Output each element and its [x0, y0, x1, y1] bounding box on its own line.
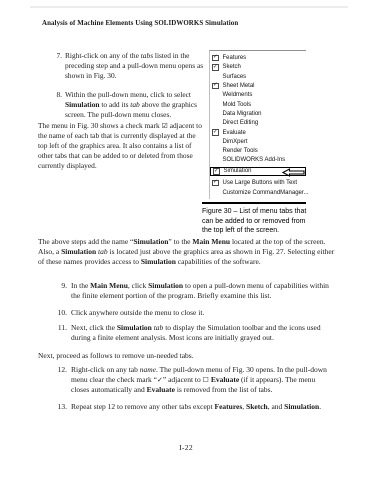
running-header: Analysis of Machine Elements Using SOLID… [42, 20, 238, 27]
text-run: is removed from the list of tabs. [175, 385, 272, 394]
text-run: Simulation [61, 247, 96, 256]
step-item-7: 7.Right-click on any of the tabs listed … [50, 51, 205, 81]
text-run: tabs [141, 51, 153, 60]
step-item-8: 8.Within the pull-down menu, click to se… [50, 90, 205, 120]
text-run: Simulation [133, 237, 168, 246]
text-run: Within the pull-down menu, click to sele… [65, 90, 191, 99]
menu-item-use-large-buttons-with-text: ✓Use Large Buttons with Text [210, 179, 306, 188]
step-item-10: 10.Click anywhere outside the menu to cl… [52, 308, 335, 318]
numbered-steps: 9.In the Main Menu, click Simulation to … [52, 281, 335, 350]
text-run: Simulation [117, 323, 152, 332]
text-run: Click anywhere outside the menu to close… [71, 308, 204, 317]
menu-item-customize-commandmanager: Customize CommandManager... [210, 188, 306, 197]
checkmark-icon: ✓ [213, 130, 218, 136]
checkbox-empty-space [212, 101, 219, 108]
checkbox-empty-space [212, 189, 219, 196]
text-run: Repeat step 12 to remove any other tabs … [71, 402, 215, 411]
menu-item-label: Mold Tools [223, 102, 252, 108]
step-number: 11. [52, 323, 71, 343]
checkbox-checked-icon: ✓ [212, 55, 219, 62]
caption-line: the top left of the screen. [202, 226, 308, 236]
body-paragraph-1: The above steps add the name “Simulation… [38, 237, 335, 267]
step-item-11: 11.Next, click the Simulation tab to dis… [52, 323, 335, 343]
checkmark-icon: ✓ [213, 83, 218, 89]
menu-item-label: Customize CommandManager... [223, 190, 309, 196]
body-paragraph-2: Next, proceed as follows to remove un-ne… [38, 351, 335, 361]
step-text: In the Main Menu, click Simulation to op… [71, 281, 335, 301]
text-run: Evaluate [147, 385, 175, 394]
text-run: ” to the [168, 237, 192, 246]
checkmark-icon: ✓ [213, 180, 218, 186]
text-run: , and [268, 402, 284, 411]
text-run: Features [215, 402, 243, 411]
menu-item-label: SOLIDWORKS Add-Ins [223, 157, 286, 163]
text-run: In the [71, 281, 90, 290]
caption-line: Figure 30 – List of menu tabs that [202, 207, 308, 217]
text-run: Main Menu [192, 237, 230, 246]
text-run: Next, click the [71, 323, 117, 332]
menu-item-label: Sheet Metal [223, 83, 255, 89]
menu-item-features: ✓Features [210, 54, 306, 63]
tab-context-menu: ✓Features✓SketchSurfaces✓Sheet MetalWeld… [209, 50, 306, 199]
text-run: Right-click on any tab [71, 365, 140, 374]
callout-arrow-icon [282, 168, 305, 177]
menu-item-label: Sketch [223, 64, 241, 70]
step-item-12: 12.Right-click on any tab name. The pull… [52, 365, 335, 395]
menu-item-label: Surfaces [223, 74, 247, 80]
text-run: Right-click on any of the [65, 51, 141, 60]
checkbox-empty-space [212, 157, 219, 164]
checkbox-empty-space [212, 92, 219, 99]
step-number: 8. [50, 90, 65, 120]
step-text: Right-click on any tab name. The pull-do… [71, 365, 335, 395]
menu-item-solidworks-add-ins: SOLIDWORKS Add-Ins [210, 156, 306, 165]
menu-item-label: Simulation [224, 168, 252, 174]
text-run: tab [98, 247, 108, 256]
checkbox-checked-icon: ✓ [212, 180, 219, 187]
menu-item-label: Render Tools [223, 148, 258, 154]
step-number: 13. [52, 402, 71, 412]
step-text: Click anywhere outside the menu to close… [71, 308, 335, 318]
checkbox-checked-icon: ✓ [212, 64, 219, 71]
left-instruction-steps: 7.Right-click on any of the tabs listed … [50, 51, 205, 129]
inline-symbol: ☐ [203, 376, 209, 384]
figure-caption: Figure 30 – List of menu tabs thatcan be… [202, 207, 308, 236]
checkbox-empty-space [212, 111, 219, 118]
text-run: capabilities of the software. [176, 257, 261, 266]
text-run: tab [154, 323, 164, 332]
step-text: Next, click the Simulation tab to displa… [71, 323, 335, 343]
menu-item-data-migration: Data Migration [210, 109, 306, 118]
caption-line: can be added to or removed from [202, 217, 308, 227]
figure-separator-line [202, 202, 306, 204]
text-run: . [319, 402, 321, 411]
menu-figure: ✓Features✓SketchSurfaces✓Sheet MetalWeld… [202, 50, 308, 236]
page-number: I-22 [38, 443, 334, 452]
text-run: to add its [100, 100, 131, 109]
menu-item-render-tools: Render Tools [210, 146, 306, 155]
text-run: Simulation [65, 100, 100, 109]
numbered-steps-2: 12.Right-click on any tab name. The pull… [52, 365, 335, 419]
checkmark-icon: ✓ [213, 55, 218, 61]
text-run: ” adjacent to [163, 375, 203, 384]
menu-item-label: Weldments [223, 92, 253, 98]
page-top-rule [30, 6, 348, 8]
text-run: Next, proceed as follows to remove un-ne… [38, 351, 194, 360]
checkbox-empty-space [212, 73, 219, 80]
menu-item-weldments: Weldments [210, 91, 306, 100]
menu-item-sheet-metal: ✓Sheet Metal [210, 81, 306, 90]
menu-item-evaluate: ✓Evaluate [210, 128, 306, 137]
checkbox-empty-space [212, 139, 219, 146]
step-item-9: 9.In the Main Menu, click Simulation to … [52, 281, 335, 301]
step-number: 12. [52, 365, 71, 395]
text-run: name [140, 365, 156, 374]
text-run: The above steps add the name “ [38, 237, 133, 246]
text-run: Simulation [141, 257, 176, 266]
menu-item-sketch: ✓Sketch [210, 63, 306, 72]
document-page: { "colors": {"background": "#ffffff", "t… [0, 0, 370, 480]
menu-item-direct-editing: Direct Editing [210, 119, 306, 128]
text-run: Evaluate [211, 375, 239, 384]
text-run: Sketch [246, 402, 268, 411]
checkbox-checked-icon: ✓ [212, 129, 219, 136]
menu-description-paragraph: The menu in Fig. 30 shows a check mark ☑… [38, 121, 206, 171]
text-run: The menu in Fig. 30 shows a check mark [38, 121, 162, 130]
checkbox-empty-space [212, 120, 219, 127]
menu-item-label: DimXpert [223, 139, 248, 145]
checkmark-icon: ✓ [213, 65, 218, 71]
menu-item-label: Direct Editing [223, 120, 259, 126]
menu-item-dimxpert: DimXpert [210, 137, 306, 146]
menu-item-surfaces: Surfaces [210, 72, 306, 81]
menu-item-label: Use Large Buttons with Text [223, 180, 298, 186]
text-run: Simulation [284, 402, 319, 411]
text-run: , click [128, 281, 148, 290]
menu-item-label: Data Migration [223, 111, 262, 117]
step-number: 7. [50, 51, 65, 81]
menu-item-simulation: ✓Simulation [210, 167, 306, 177]
checkbox-checked-icon: ✓ [213, 168, 220, 175]
text-run: Simulation [148, 281, 183, 290]
step-number: 10. [52, 308, 71, 318]
checkbox-checked-icon: ✓ [212, 83, 219, 90]
step-text: Right-click on any of the tabs listed in… [65, 51, 205, 81]
step-text: Repeat step 12 to remove any other tabs … [71, 402, 335, 412]
menu-item-label: Evaluate [223, 130, 246, 136]
text-run: tab [130, 100, 139, 109]
checkmark-icon: ✓ [214, 169, 219, 175]
step-item-13: 13.Repeat step 12 to remove any other ta… [52, 402, 335, 412]
checkbox-empty-space [212, 148, 219, 155]
step-text: Within the pull-down menu, click to sele… [65, 90, 205, 120]
text-run: Main Menu [90, 281, 128, 290]
menu-item-mold-tools: Mold Tools [210, 100, 306, 109]
step-number: 9. [52, 281, 71, 301]
menu-item-label: Features [223, 55, 247, 61]
